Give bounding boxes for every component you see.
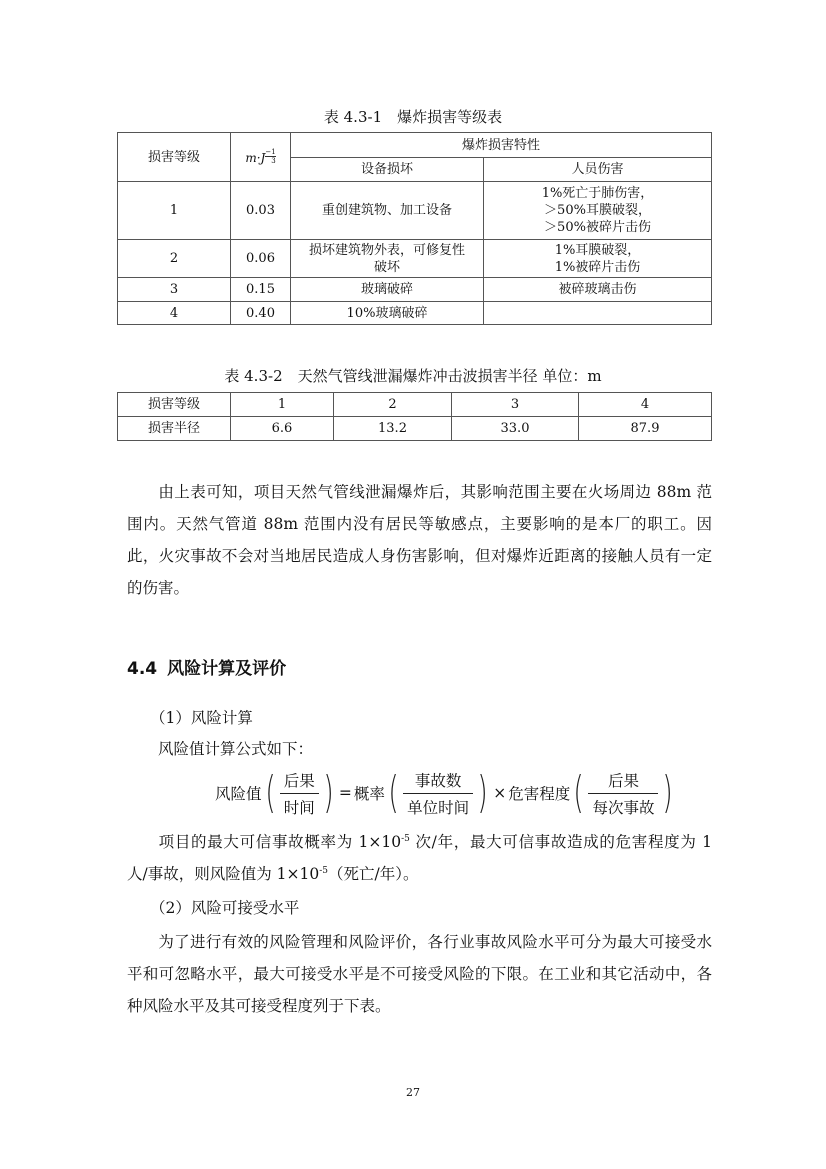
cell-personnel: 1%耳膜破裂， 1%被碎片击伤	[484, 240, 712, 278]
cell-equipment: 重创建筑物、加工设备	[291, 182, 484, 240]
right-paren: )	[323, 768, 333, 818]
row-label: 损害半径	[118, 417, 231, 441]
cell-equipment: 玻璃破碎	[291, 278, 484, 302]
fraction: 后果时间	[280, 769, 319, 818]
table-row: 4 0.40 10%玻璃破碎	[118, 302, 712, 325]
cell-personnel: 被碎玻璃击伤	[484, 278, 712, 302]
cell-value: 3	[452, 393, 579, 417]
fraction: 事故数单位时间	[403, 769, 473, 818]
table1-caption: 表 4.3-1 爆炸损害等级表	[0, 107, 826, 127]
left-paren: (	[574, 768, 584, 818]
subsection-acceptable-level: （2）风险可接受水平	[150, 898, 299, 918]
right-paren: )	[478, 768, 488, 818]
cell-value: 0.40	[231, 302, 291, 325]
subsection-risk-calculation: （1）风险计算	[150, 708, 253, 728]
table-row: 3 0.15 玻璃破碎 被碎玻璃击伤	[118, 278, 712, 302]
paragraph-impact-range: 由上表可知，项目天然气管线泄漏爆炸后，其影响范围主要在火场周边 88m 范围内。…	[127, 476, 712, 604]
left-paren: (	[265, 768, 275, 818]
section-heading: 4.4风险计算及评价	[127, 654, 286, 679]
cell-value: 0.15	[231, 278, 291, 302]
cell-value: 0.03	[231, 182, 291, 240]
cell-level: 2	[118, 240, 231, 278]
cell-value: 0.06	[231, 240, 291, 278]
cell-level: 1	[118, 182, 231, 240]
left-paren: (	[388, 768, 398, 818]
cell-value: 87.9	[579, 417, 712, 441]
paragraph-acceptable-risk: 为了进行有效的风险管理和风险评价，各行业事故风险水平可分为最大可接受水平和可忽略…	[127, 926, 712, 1022]
cell-value: 13.2	[334, 417, 452, 441]
explosion-damage-table: 损害等级 m·J−13 爆炸损害特性 设备损坏 人员伤害 1 0.03 重创建筑…	[117, 132, 712, 325]
cell-value: 2	[334, 393, 452, 417]
table2-caption: 表 4.3-2 天然气管线泄漏爆炸冲击波损害半径 单位：m	[0, 366, 826, 386]
page-number: 27	[0, 1086, 826, 1099]
cell-personnel: 1%死亡于肺伤害， ＞50%耳膜破裂， ＞50%被碎片击伤	[484, 182, 712, 240]
risk-formula: 风险值 ( 后果时间 ) = 概率 ( 事故数单位时间 ) × 危害程度 ( 后…	[215, 768, 677, 818]
table-row: 损害半径 6.6 13.2 33.0 87.9	[118, 417, 712, 441]
right-paren: )	[663, 768, 673, 818]
cell-value: 1	[231, 393, 334, 417]
table-row: 2 0.06 损坏建筑物外表，可修复性 破坏 1%耳膜破裂， 1%被碎片击伤	[118, 240, 712, 278]
table-row: 损害等级 1 2 3 4	[118, 393, 712, 417]
header-equipment-damage: 设备损坏	[291, 158, 484, 182]
fraction: 后果每次事故	[588, 769, 658, 818]
cell-personnel	[484, 302, 712, 325]
table-row: 1 0.03 重创建筑物、加工设备 1%死亡于肺伤害， ＞50%耳膜破裂， ＞5…	[118, 182, 712, 240]
header-damage-characteristics: 爆炸损害特性	[291, 133, 712, 158]
cell-value: 4	[579, 393, 712, 417]
row-label: 损害等级	[118, 393, 231, 417]
cell-level: 4	[118, 302, 231, 325]
paragraph-risk-value: 项目的最大可信事故概率为 1×10-5 次/年，最大可信事故造成的危害程度为 1…	[127, 826, 712, 890]
cell-equipment: 损坏建筑物外表，可修复性 破坏	[291, 240, 484, 278]
cell-equipment: 10%玻璃破碎	[291, 302, 484, 325]
cell-level: 3	[118, 278, 231, 302]
header-personnel-injury: 人员伤害	[484, 158, 712, 182]
cell-value: 6.6	[231, 417, 334, 441]
cell-value: 33.0	[452, 417, 579, 441]
header-level: 损害等级	[118, 133, 231, 182]
header-unit: m·J−13	[231, 133, 291, 182]
damage-radius-table: 损害等级 1 2 3 4 损害半径 6.6 13.2 33.0 87.9	[117, 392, 712, 441]
formula-intro: 风险值计算公式如下：	[158, 739, 313, 759]
